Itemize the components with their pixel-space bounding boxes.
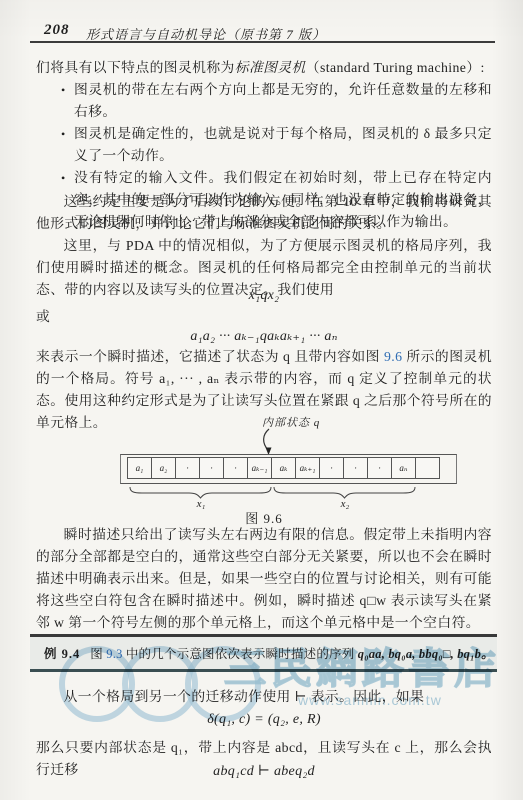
intro-lead-post: （standard Turing machine）: [306, 60, 485, 75]
bullet-text: 图灵机的带在左右两个方向上都是无穷的，允许任意数量的左移和右移。 [74, 82, 492, 119]
tape-cell: aₖ₋₁ [247, 457, 272, 479]
example-sequence: q₀aa, bq₀a, bbq₀□, bq₁b。 [358, 647, 494, 661]
p3-text-pre: 来表示一个瞬时描述，它描述了状态为 q 且带内容如图 [36, 349, 384, 364]
formula-x1qx2: x₁qx₂ [36, 286, 492, 306]
paragraph-conventions: 这些约定主要是为了后续讨论的方便。在第 10 章中，我们将研究其他形式的图灵机，… [36, 191, 492, 235]
figure-9-6-reference-link[interactable]: 9.6 [384, 349, 402, 364]
tape-cell-head: aₖ [271, 457, 296, 479]
bullet-icon: • [61, 79, 66, 101]
tape-cell: aₖ₊₁ [295, 457, 320, 479]
or-word: 或 [36, 306, 492, 328]
tape-cell: a₁ [127, 457, 152, 479]
figure-9-3-reference-link[interactable]: 9.3 [106, 647, 122, 661]
page-number: 208 [44, 22, 70, 39]
example-ref-pre: 图 [90, 647, 106, 661]
tape-cell: · [367, 457, 392, 479]
tape-cell: · [343, 457, 368, 479]
header-rule [30, 41, 495, 43]
tape-cell: · [319, 457, 344, 479]
formula-tape-id: a₁a₂ ··· aₖ₋₁qaₖaₖ₊₁ ··· aₙ [36, 327, 492, 347]
intro-lead-pre: 们将具有以下特点的图灵机称为 [36, 60, 235, 75]
bullet-icon: • [61, 123, 66, 145]
bullet-item: • 图灵机的带在左右两个方向上都是无穷的，允许任意数量的左移和右移。 [74, 79, 492, 123]
state-pointer-arrow-icon [259, 428, 281, 456]
formula-move: abq₁cd ⊢ abeq₂d [36, 762, 492, 782]
bullet-text: 图灵机是确定性的，也就是说对于每个格局，图灵机的 δ 最多只定义了一个动作。 [74, 126, 492, 163]
formula-delta: δ(q₁, c) = (q₂, e, R) [36, 710, 492, 730]
tape-cell: aₙ [391, 457, 416, 479]
example-9-4-box: 例 9.4图 9.3 中的几个示意图依次表示瞬时描述的序列 q₀aa, bq₀a… [30, 634, 497, 672]
example-label: 例 9.4 [44, 647, 80, 661]
tape-cell: · [223, 457, 248, 479]
tape-band: a₁ a₂ · · · aₖ₋₁ aₖ aₖ₊₁ · · · aₙ [120, 454, 457, 484]
tape-cell: · [175, 457, 200, 479]
bullet-icon: • [61, 167, 66, 189]
bullet-item: • 图灵机是确定性的，也就是说对于每个格局，图灵机的 δ 最多只定义了一个动作。 [74, 123, 492, 167]
intro-lead-term: 标准图灵机 [235, 60, 306, 75]
tape-cell: a₂ [151, 457, 176, 479]
intro-lead: 们将具有以下特点的图灵机称为标准图灵机（standard Turing mach… [36, 57, 492, 79]
tape-cells: a₁ a₂ · · · aₖ₋₁ aₖ aₖ₊₁ · · · aₙ [128, 457, 440, 479]
figure-9-6: 内部状态 q a₁ a₂ · · · aₖ₋₁ aₖ aₖ₊₁ · · · aₙ… [36, 412, 492, 528]
paragraph-blanks: 瞬时描述只给出了读写头左右两边有限的信息。假定带上未指明内容的部分全部都是空白的… [36, 524, 492, 634]
tape-cell-blank [415, 457, 440, 479]
example-body: 中的几个示意图依次表示瞬时描述的序列 [123, 647, 358, 661]
paragraph-move-notation: 从一个格局到另一个的迁移动作使用 ⊢ 表示。因此，如果 [36, 686, 492, 708]
tape-cell: · [199, 457, 224, 479]
